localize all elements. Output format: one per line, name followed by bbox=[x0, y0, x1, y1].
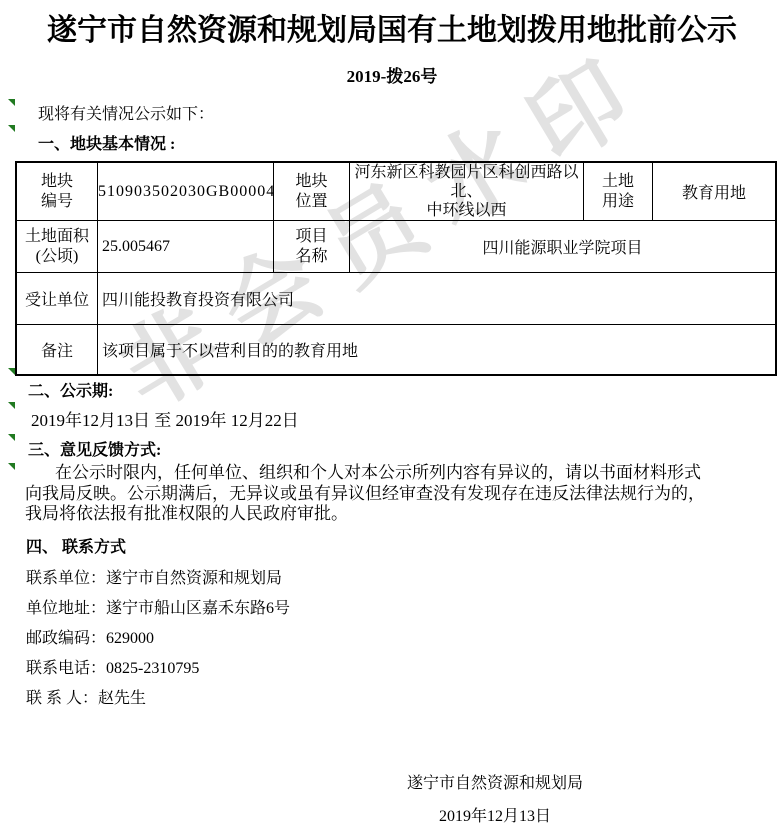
revision-mark-icon bbox=[8, 368, 15, 375]
land-use-label-cell: 土地 用途 bbox=[584, 162, 653, 221]
signature-date: 2019年12月13日 bbox=[395, 803, 595, 826]
grantee-value-cell: 四川能投教育投资有限公司 bbox=[98, 273, 777, 325]
notice-document-page: 非会员水印 遂宁市自然资源和规划局国有土地划拨用地批前公示 2019-拨26号 … bbox=[0, 0, 784, 836]
table-row: 土地面积 (公顷) 25.005467 项目 名称 四川能源职业学院项目 bbox=[16, 221, 776, 273]
land-parcel-info-table: 地块 编号 510903502030GB00004 地块 位置 河东新区科教园片… bbox=[15, 161, 777, 376]
plot-location-label-cell: 地块 位置 bbox=[274, 162, 350, 221]
table-row: 地块 编号 510903502030GB00004 地块 位置 河东新区科教园片… bbox=[16, 162, 776, 221]
plot-number-label-cell: 地块 编号 bbox=[16, 162, 98, 221]
section-1-heading: 一、地块基本情况 : bbox=[38, 131, 175, 154]
contact-person-line: 联 系 人：赵先生 bbox=[26, 685, 146, 708]
section-4-heading: 四、 联系方式 bbox=[26, 534, 126, 557]
table-row: 受让单位 四川能投教育投资有限公司 bbox=[16, 273, 776, 325]
publicity-period-dates: 2019年12月13日 至 2019年 12月22日 bbox=[31, 406, 299, 431]
plot-number-value-cell: 510903502030GB00004 bbox=[98, 162, 274, 221]
land-area-value-cell: 25.005467 bbox=[98, 221, 274, 273]
remark-label-cell: 备注 bbox=[16, 325, 98, 375]
revision-mark-icon bbox=[8, 99, 15, 106]
remark-value-cell: 该项目属于不以营利目的的教育用地 bbox=[98, 325, 777, 375]
revision-mark-icon bbox=[8, 434, 15, 441]
document-content-layer: 遂宁市自然资源和规划局国有土地划拨用地批前公示 2019-拨26号 现将有关情况… bbox=[0, 0, 784, 836]
land-use-value-cell: 教育用地 bbox=[653, 162, 777, 221]
revision-mark-icon bbox=[8, 125, 15, 132]
intro-text: 现将有关情况公示如下： bbox=[38, 101, 214, 124]
revision-mark-icon bbox=[8, 463, 15, 470]
signature-org: 遂宁市自然资源和规划局 bbox=[395, 770, 595, 793]
contact-postcode-line: 邮政编码：629000 bbox=[26, 625, 154, 648]
paragraph-line: 向我局反映。公示期满后，无异议或虽有异议但经审查没有发现存在违反法律法规行为的， bbox=[25, 484, 725, 505]
land-area-label-cell: 土地面积 (公顷) bbox=[16, 221, 98, 273]
section-2-heading: 二、公示期: bbox=[28, 378, 113, 401]
plot-location-value-cell: 河东新区科教园片区科创西路以北、 中环线以西 bbox=[350, 162, 584, 221]
grantee-label-cell: 受让单位 bbox=[16, 273, 98, 325]
table-row: 备注 该项目属于不以营利目的的教育用地 bbox=[16, 325, 776, 375]
revision-mark-icon bbox=[8, 402, 15, 409]
contact-phone-line: 联系电话：0825-2310795 bbox=[26, 655, 199, 678]
document-number: 2019-拨26号 bbox=[0, 62, 784, 87]
section-3-heading: 三、意见反馈方式: bbox=[28, 437, 161, 460]
feedback-paragraph: 在公示时限内，任何单位、组织和个人对本公示所列内容有异议的，请以书面材料形式 向… bbox=[25, 463, 725, 525]
contact-unit-line: 联系单位：遂宁市自然资源和规划局 bbox=[26, 565, 282, 588]
paragraph-line: 在公示时限内，任何单位、组织和个人对本公示所列内容有异议的，请以书面材料形式 bbox=[25, 463, 725, 484]
project-name-value-cell: 四川能源职业学院项目 bbox=[350, 221, 777, 273]
page-title: 遂宁市自然资源和规划局国有土地划拨用地批前公示 bbox=[0, 12, 784, 50]
contact-address-line: 单位地址：遂宁市船山区嘉禾东路6号 bbox=[26, 595, 290, 618]
paragraph-line: 我局将依法报有批准权限的人民政府审批。 bbox=[25, 504, 725, 525]
project-name-label-cell: 项目 名称 bbox=[274, 221, 350, 273]
